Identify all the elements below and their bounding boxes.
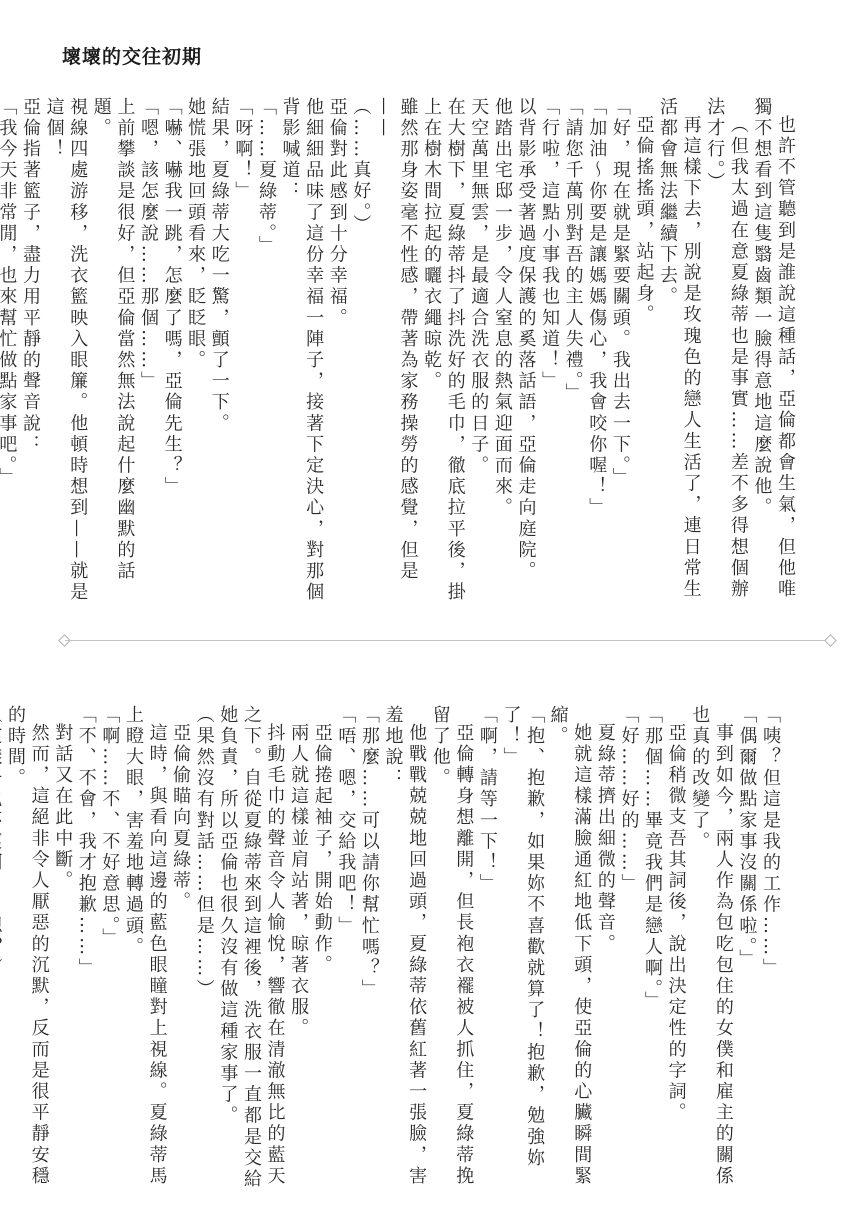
paragraph: 兩人就這樣並肩站著，晾著衣服。: [287, 705, 311, 1195]
paragraph: 也許不管聽到是誰說這種話，亞倫都會生氣，但他唯獨不想看到這隻翳齒類一臉得意地這麼…: [750, 97, 797, 617]
paragraph: 以背影承受著過度保護的奚落話語，亞倫走向庭院。: [514, 97, 538, 617]
paragraph: 夏綠蒂擠出細微的聲音。: [593, 705, 617, 1195]
dialogue-line: 「那麼……可以請你幫忙嗎？」: [357, 705, 381, 1195]
paragraph: 亞倫指著籃子，盡力用平靜的聲音說：: [18, 97, 42, 617]
dialogue-line: 「好……好的……」: [617, 705, 641, 1195]
divider-diamond-right-icon: [824, 634, 837, 647]
dialogue-line: 「行啦，這點小事我也知道！」: [537, 97, 561, 617]
inner-thought: （這樣子也不壞啊……嗯？）: [0, 705, 3, 1195]
dialogue-line: 「請您千萬別對吾的主人失禮。」: [561, 97, 585, 617]
paragraph: 他戰戰兢兢地回過頭，夏綠蒂依舊紅著一張臉，害羞地說：: [381, 705, 428, 1195]
paragraph: 雖然那身姿毫不性感，帶著為家務操勞的感覺，但是——: [372, 97, 419, 617]
paragraph: 亞倫捲起袖子，開始動作。: [310, 705, 334, 1195]
paragraph: 亞倫稍微支吾其詞後，說出決定性的字詞。: [664, 705, 688, 1195]
dialogue-line: 「偶爾做點家事沒關係啦。」: [735, 705, 759, 1195]
dialogue-line: 「加油～你要是讓媽媽傷心，我會咬你喔！」: [585, 97, 609, 617]
paragraph: 在大樹下，夏綠蒂抖了抖洗好的毛巾，徹底拉平後，掛上在樹木間拉起的曬衣繩晾乾。: [420, 97, 467, 617]
upper-text-section: 也許不管聽到是誰說這種話，亞倫都會生氣，但他唯獨不想看到這隻翳齒類一臉得意地這麼…: [77, 97, 797, 617]
paragraph: 她慌張地回頭看來，眨眨眼。: [184, 97, 208, 617]
paragraph: 對話又在此中斷。: [51, 705, 75, 1195]
dialogue-line: 「啊……不、不好意思。」: [98, 705, 122, 1195]
inner-thought: （果然沒有對話……但是……）: [192, 705, 216, 1195]
dialogue-line: 「好，現在就是緊要關頭。我出去一下。」: [608, 97, 632, 617]
dialogue-line: 「咦？但這是我的工作……」: [758, 705, 782, 1195]
paragraph: 再這樣下去，別說是玫瑰色的戀人生活了，連日常生活都會無法繼續下去。: [655, 97, 702, 617]
dialogue-line: 「啊，請等一下！」: [475, 705, 499, 1195]
inner-thought: （……真好。）: [349, 97, 373, 617]
section-divider: [65, 640, 828, 641]
paragraph: 上前攀談是很好，但亞倫當然無法說起什麼幽默的話題。: [89, 97, 136, 617]
paragraph: 亞倫對此感到十分幸福。: [325, 97, 349, 617]
dialogue-line: 「我今天非常閒，也來幫忙做點家事吧。」: [0, 97, 18, 617]
dialogue-line: 「那個……畢竟我們是戀人啊。」: [640, 705, 664, 1195]
paragraph: 天空萬里無雲，是最適合洗衣服的日子。: [467, 97, 491, 617]
paragraph: 亞倫轉身想離開，但長袍衣襬被人抓住，夏綠蒂挽留了他。: [428, 705, 475, 1195]
paragraph: 他細細品味了這份幸福一陣子，接著下定決心，對那個背影喊道：: [278, 97, 325, 617]
paragraph: 結果，夏綠蒂大吃一驚，顫了一下。: [207, 97, 231, 617]
dialogue-line: 「嗯，該怎麼說……那個……」: [136, 97, 160, 617]
paragraph: 亞倫搖搖頭，站起身。: [632, 97, 656, 617]
dialogue-line: 「……夏綠蒂。」: [254, 97, 278, 617]
paragraph: 視線四處游移，洗衣籃映入眼簾。他頓時想到——就是這個！: [42, 97, 89, 617]
dialogue-line: 「嚇、嚇我一跳，怎麼了嗎，亞倫先生？」: [160, 97, 184, 617]
paragraph: 事到如今，兩人作為包吃包住的女僕和雇主的關係也真的改變了。: [688, 705, 735, 1195]
paragraph: 然而，這絕非令人厭惡的沉默，反而是很平靜安穩的時間。: [3, 705, 50, 1195]
paragraph: （但我太過在意夏綠蒂也是事實……差不多得想個辦法才行。）: [703, 97, 750, 617]
dialogue-line: 「抱、抱歉，如果妳不喜歡就算了！抱歉，勉強妳了！」: [499, 705, 546, 1195]
paragraph: 他踏出宅邸一步，令人窒息的熱氣迎面而來。: [490, 97, 514, 617]
paragraph: 她就這樣滿臉通紅地低下頭，使亞倫的心臟瞬間緊縮。: [546, 705, 593, 1195]
paragraph: 抖動毛巾的聲音令人愉悅，響徹在清澈無比的藍天之下。自從夏綠蒂來到這裡後，洗衣服一…: [216, 705, 287, 1195]
dialogue-line: 「不、不會，我才抱歉……」: [74, 705, 98, 1195]
lower-text-section: 「咦？但這是我的工作……」 「偶爾做點家事沒關係啦。」 事到如今，兩人作為包吃包…: [82, 705, 782, 1195]
dialogue-line: 「呀啊！」: [231, 97, 255, 617]
paragraph: 亞倫偷瞄向夏綠蒂。: [169, 705, 193, 1195]
dialogue-line: 「唔、嗯，交給我吧！」: [334, 705, 358, 1195]
page-title: 壞壞的交往初期: [62, 42, 202, 69]
paragraph: 這時，與看向這邊的藍色眼瞳對上視線。夏綠蒂馬上瞪大眼，害羞地轉過頭。: [121, 705, 168, 1195]
